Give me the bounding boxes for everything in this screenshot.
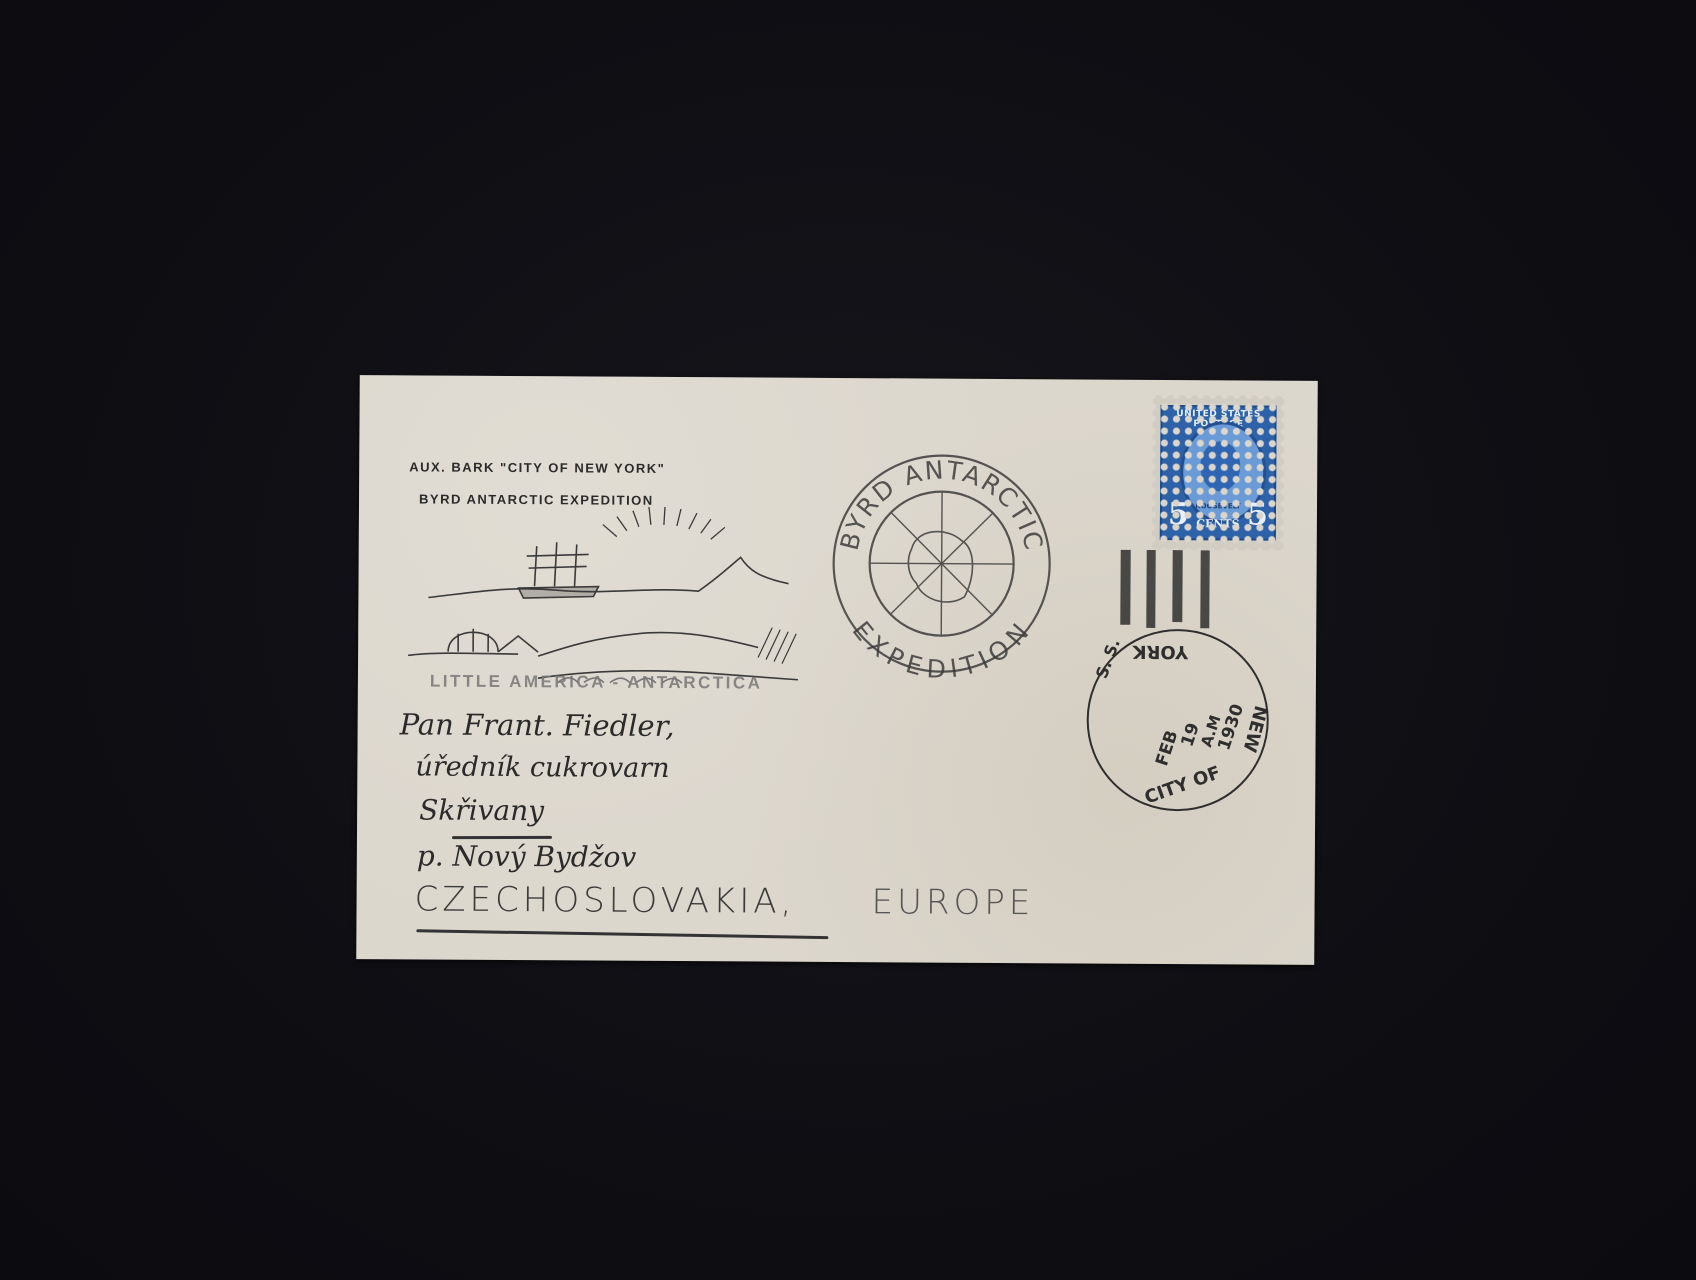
stamp-frame: UNITED STATES POSTAGE ROOSEVELT 5 5 CENT… [1160, 405, 1277, 541]
town-underline [452, 836, 552, 839]
cachet-location-label: LITTLE AMERICA - ANTARCTICA [430, 672, 763, 694]
antarctic-landscape-sketch [388, 505, 829, 688]
postmark-month: FEB [1152, 728, 1182, 769]
address-post-office: p. Nový Bydžov [417, 839, 637, 873]
postage-stamp: UNITED STATES POSTAGE ROOSEVELT 5 5 CENT… [1152, 395, 1285, 551]
ss-city-of-new-york-postmark: FEB 19 A.M 1930 S. S. YORK NEW CITY OF [1077, 619, 1278, 820]
envelope: AUX. BARK "CITY OF NEW YORK" BYRD ANTARC… [356, 375, 1318, 965]
address-recipient: Pan Frant. Fiedler, [400, 707, 675, 743]
postmark-ring-bottom: CITY OF [1142, 762, 1224, 808]
cancellation-bars [1118, 550, 1218, 631]
postmark-ring-left: S. S. [1092, 636, 1124, 681]
address-town: Skřivany [419, 793, 544, 827]
address-continent: EUROPE [871, 882, 1034, 923]
address-country: CZECHOSLOVAKIA, [414, 879, 795, 921]
byrd-expedition-circular-cachet: BYRD ANTARCTIC EXPEDITION [826, 448, 1057, 679]
cachet-ship-name: AUX. BARK "CITY OF NEW YORK" [409, 459, 665, 476]
postmark-ring-top: YORK [1132, 641, 1190, 662]
roosevelt-portrait-icon [1200, 441, 1240, 491]
address-occupation: úředník cukrovarn [415, 751, 669, 784]
stamp-denomination: CENTS [1162, 517, 1274, 531]
country-underline [416, 929, 828, 939]
